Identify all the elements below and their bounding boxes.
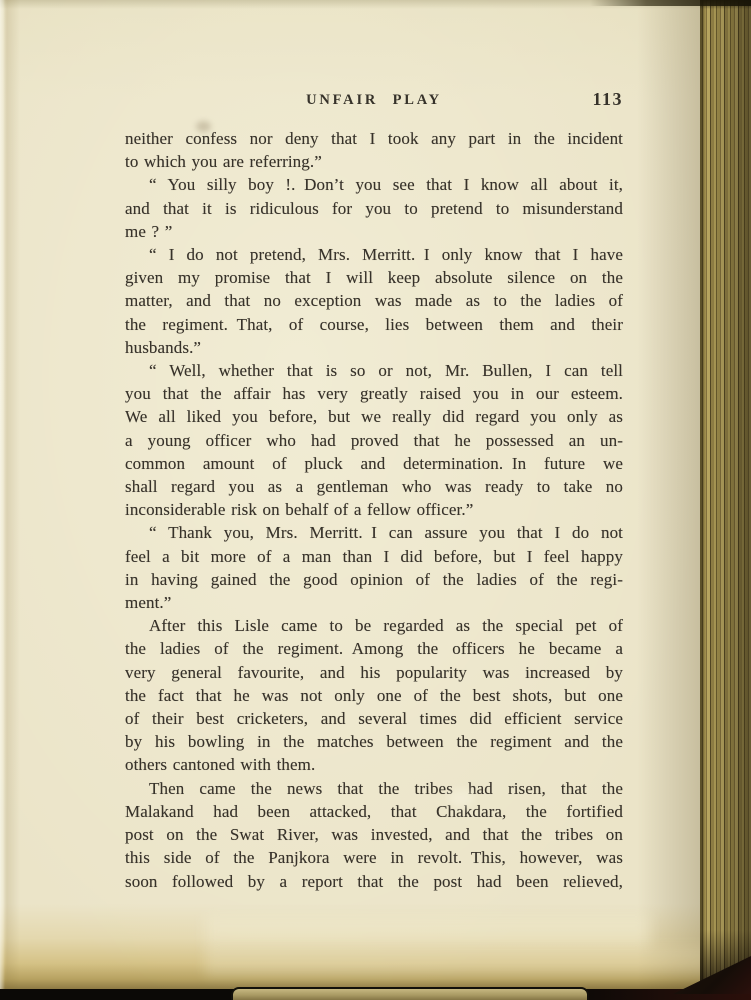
text-line: shall regard you as a gentleman who was … [125, 475, 623, 498]
text-line: by his bowling in the matches between th… [125, 730, 623, 753]
running-header-title: UNFAIR PLAY [125, 92, 623, 109]
book-scan: UNFAIR PLAY 113 neither confess nor deny… [0, 0, 751, 1000]
text-line: this side of the Panjkora were in revolt… [125, 846, 623, 869]
text-line: others cantoned with them. [125, 753, 623, 776]
text-line: the fact that he was not only one of the… [125, 684, 623, 707]
text-line: to which you are referring.” [125, 150, 623, 173]
text-line: a young officer who had proved that he p… [125, 429, 623, 452]
scan-artifact-band [205, 946, 725, 976]
paragraph: Then came the news that the tribes had r… [125, 777, 623, 893]
page-number: 113 [592, 89, 623, 110]
text-line: of their best cricketers, and several ti… [125, 707, 623, 730]
text-line: you that the affair has very greatly rai… [125, 382, 623, 405]
text-line: feel a bit more of a man than I did befo… [125, 545, 623, 568]
text-line: “ You silly boy !. Don’t you see that I … [125, 173, 623, 196]
page-header: UNFAIR PLAY 113 [125, 92, 623, 109]
text-line: in having gained the good opinion of the… [125, 568, 623, 591]
text-line: the ladies of the regiment. Among the of… [125, 637, 623, 660]
text-block: neither confess nor deny that I took any… [125, 127, 623, 893]
text-line: Malakand had been attacked, that Chakdar… [125, 800, 623, 823]
text-line: given my promise that I will keep absolu… [125, 266, 623, 289]
book-top-edge-shadow [590, 0, 751, 6]
text-line: soon followed by a report that the post … [125, 870, 623, 893]
text-line: “ Well, whether that is so or not, Mr. B… [125, 359, 623, 382]
paragraph: “ I do not pretend, Mrs. Merritt. I only… [125, 243, 623, 359]
text-line: me ? ” [125, 220, 623, 243]
text-line: very general favourite, and his populari… [125, 661, 623, 684]
text-line: the regiment. That, of course, lies betw… [125, 313, 623, 336]
text-line: “ I do not pretend, Mrs. Merritt. I only… [125, 243, 623, 266]
text-line: and that it is ridiculous for you to pre… [125, 197, 623, 220]
scan-artifact-band [205, 916, 650, 946]
paragraph: “ Well, whether that is so or not, Mr. B… [125, 359, 623, 521]
paragraph: “ You silly boy !. Don’t you see that I … [125, 173, 623, 243]
text-line: We all liked you before, but we really d… [125, 405, 623, 428]
text-line: Then came the news that the tribes had r… [125, 777, 623, 800]
cradle-bar [231, 987, 589, 1000]
text-line: ment.” [125, 591, 623, 614]
book-page: UNFAIR PLAY 113 neither confess nor deny… [0, 0, 708, 993]
text-line: post on the Swat River, was invested, an… [125, 823, 623, 846]
text-line: “ Thank you, Mrs. Merritt. I can assure … [125, 521, 623, 544]
text-line: common amount of pluck and determination… [125, 452, 623, 475]
paragraph: “ Thank you, Mrs. Merritt. I can assure … [125, 521, 623, 614]
paragraph: neither confess nor deny that I took any… [125, 127, 623, 173]
text-line: matter, and that no exception was made a… [125, 289, 623, 312]
paragraph: After this Lisle came to be regarded as … [125, 614, 623, 776]
text-line: neither confess nor deny that I took any… [125, 127, 623, 150]
text-line: After this Lisle came to be regarded as … [125, 614, 623, 637]
book-page-edges [700, 0, 751, 1000]
text-line: inconsiderable risk on behalf of a fello… [125, 498, 623, 521]
text-line: husbands.” [125, 336, 623, 359]
